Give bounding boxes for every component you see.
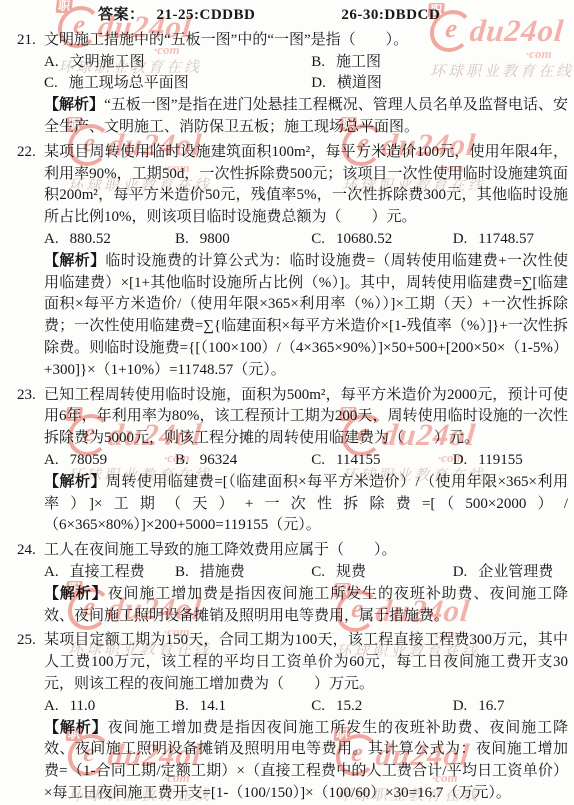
options: A.直接工程费 B.措施费 C.规费 D.企业管理费 xyxy=(44,562,568,584)
option-a: A.78059 xyxy=(44,450,175,472)
analysis: 【解析】夜间施工增加费是指因夜间施工所发生的夜班补助费、夜间施工降效、夜间施工照… xyxy=(44,718,568,805)
option-text: 9800 xyxy=(200,231,230,247)
options: A.文明施工图 B.施工图 C.施工现场总平面图 D.横道图 xyxy=(44,52,568,96)
question-21: 21. 文明施工措施中的“五板一图”中的“一图”是指（ ）。 A.文明施工图 B… xyxy=(0,30,574,139)
analysis: 【解析】临时设施费的计算公式为：临时设施费=（周转使用临建费+一次性使用临建费）… xyxy=(44,251,568,382)
option-a: A.880.52 xyxy=(44,229,175,251)
options: A.880.52 B.9800 C.10680.52 D.11748.57 xyxy=(44,229,568,251)
option-a: A.11.0 xyxy=(44,696,175,718)
answers-label: 答案： xyxy=(98,7,145,23)
question-number: 22. xyxy=(17,142,44,382)
option-d: D.横道图 xyxy=(311,73,568,95)
analysis-label: 【解析】 xyxy=(44,474,106,490)
option-text: 规费 xyxy=(336,564,366,580)
option-d: D.11748.57 xyxy=(453,229,568,251)
option-text: 11.0 xyxy=(70,698,96,714)
option-text: 14.1 xyxy=(200,698,226,714)
option-text: 措施费 xyxy=(200,564,245,580)
option-text: 78059 xyxy=(70,452,108,468)
option-text: 11748.57 xyxy=(478,231,534,247)
exam-page: 答案：21-25:CDDBD26-30:DBDCD 21. 文明施工措施中的“五… xyxy=(0,0,574,805)
option-d: D.119155 xyxy=(453,450,568,472)
option-text: 880.52 xyxy=(70,231,111,247)
option-text: 16.7 xyxy=(478,698,504,714)
analysis-label: 【解析】 xyxy=(44,586,108,602)
answer-range-21-25: 21-25:CDDBD xyxy=(157,7,256,23)
question-number: 25. xyxy=(17,630,44,804)
answer-range-26-30: 26-30:DBDCD xyxy=(341,7,440,23)
option-text: 15.2 xyxy=(336,698,362,714)
option-c: C.规费 xyxy=(311,562,452,584)
question-stem: 已知工程周转使用临时设施，面积为500m²，每平方米造价为2000元，预计可使用… xyxy=(44,385,568,450)
question-stem: 某项目定额工期为150天，合同工期为100天，该工程直接工程费300万元，其中人… xyxy=(44,630,568,695)
question-stem: 某项目周转使用临时设施建筑面积100m²，每平方米造价100元，使用年限4年，利… xyxy=(44,142,568,229)
option-c: C.15.2 xyxy=(311,696,452,718)
question-number: 24. xyxy=(17,540,44,627)
option-text: 96324 xyxy=(200,452,238,468)
option-text: 施工图 xyxy=(336,54,381,70)
option-text: 10680.52 xyxy=(336,231,392,247)
analysis-text: 夜间施工增加费是指因夜间施工所发生的夜班补助费、夜间施工降效、夜间施工照明设备摊… xyxy=(44,586,568,624)
option-b: B.14.1 xyxy=(175,696,311,718)
options: A.78059 B.96324 C.114155 D.119155 xyxy=(44,450,568,472)
option-text: 横道图 xyxy=(337,75,382,91)
analysis-text: 临时设施费的计算公式为：临时设施费=（周转使用临建费+一次性使用临建费）×[1+… xyxy=(44,253,568,378)
option-c: C.施工现场总平面图 xyxy=(44,73,311,95)
analysis-text: “五板一图”是指在进门处悬挂工程概况、管理人员名单及监督电话、安全生产、文明施工… xyxy=(44,97,568,135)
option-b: B.96324 xyxy=(175,450,311,472)
option-b: B.9800 xyxy=(175,229,311,251)
question-stem: 工人在夜间施工导致的施工降效费用应属于（ ）。 xyxy=(44,540,568,562)
option-d: D.16.7 xyxy=(453,696,568,718)
analysis-text: 周转使用临建费=[（临建面积×每平方米造价）/（使用年限×365×利用率）]×工… xyxy=(44,474,568,534)
analysis: 【解析】“五板一图”是指在进门处悬挂工程概况、管理人员名单及监督电话、安全生产、… xyxy=(44,95,568,139)
option-text: 119155 xyxy=(478,452,522,468)
question-stem: 文明施工措施中的“五板一图”中的“一图”是指（ ）。 xyxy=(44,30,568,52)
option-c: C.114155 xyxy=(311,450,452,472)
option-a: A.直接工程费 xyxy=(44,562,175,584)
analysis-label: 【解析】 xyxy=(44,253,105,269)
option-c: C.10680.52 xyxy=(311,229,452,251)
option-b: B.施工图 xyxy=(311,52,568,74)
option-text: 文明施工图 xyxy=(70,54,145,70)
option-text: 114155 xyxy=(336,452,380,468)
option-a: A.文明施工图 xyxy=(44,52,311,74)
option-text: 直接工程费 xyxy=(70,564,145,580)
question-number: 23. xyxy=(17,385,44,538)
analysis: 【解析】夜间施工增加费是指因夜间施工所发生的夜班补助费、夜间施工降效、夜间施工照… xyxy=(44,584,568,628)
question-25: 25. 某项目定额工期为150天，合同工期为100天，该工程直接工程费300万元… xyxy=(0,630,574,804)
question-number: 21. xyxy=(17,30,44,139)
option-d: D.企业管理费 xyxy=(453,562,568,584)
analysis-label: 【解析】 xyxy=(44,720,108,736)
question-22: 22. 某项目周转使用临时设施建筑面积100m²，每平方米造价100元，使用年限… xyxy=(0,142,574,382)
answers-header: 答案：21-25:CDDBD26-30:DBDCD xyxy=(0,5,574,27)
option-b: B.措施费 xyxy=(175,562,311,584)
option-text: 施工现场总平面图 xyxy=(69,75,189,91)
question-24: 24. 工人在夜间施工导致的施工降效费用应属于（ ）。 A.直接工程费 B.措施… xyxy=(0,540,574,627)
question-23: 23. 已知工程周转使用临时设施，面积为500m²，每平方米造价为2000元，预… xyxy=(0,385,574,538)
option-text: 企业管理费 xyxy=(478,564,553,580)
options: A.11.0 B.14.1 C.15.2 D.16.7 xyxy=(44,696,568,718)
analysis-label: 【解析】 xyxy=(44,97,104,113)
analysis-text: 夜间施工增加费是指因夜间施工所发生的夜班补助费、夜间施工降效、夜间施工照明设备摊… xyxy=(44,720,568,801)
analysis: 【解析】周转使用临建费=[（临建面积×每平方米造价）/（使用年限×365×利用率… xyxy=(44,472,568,537)
